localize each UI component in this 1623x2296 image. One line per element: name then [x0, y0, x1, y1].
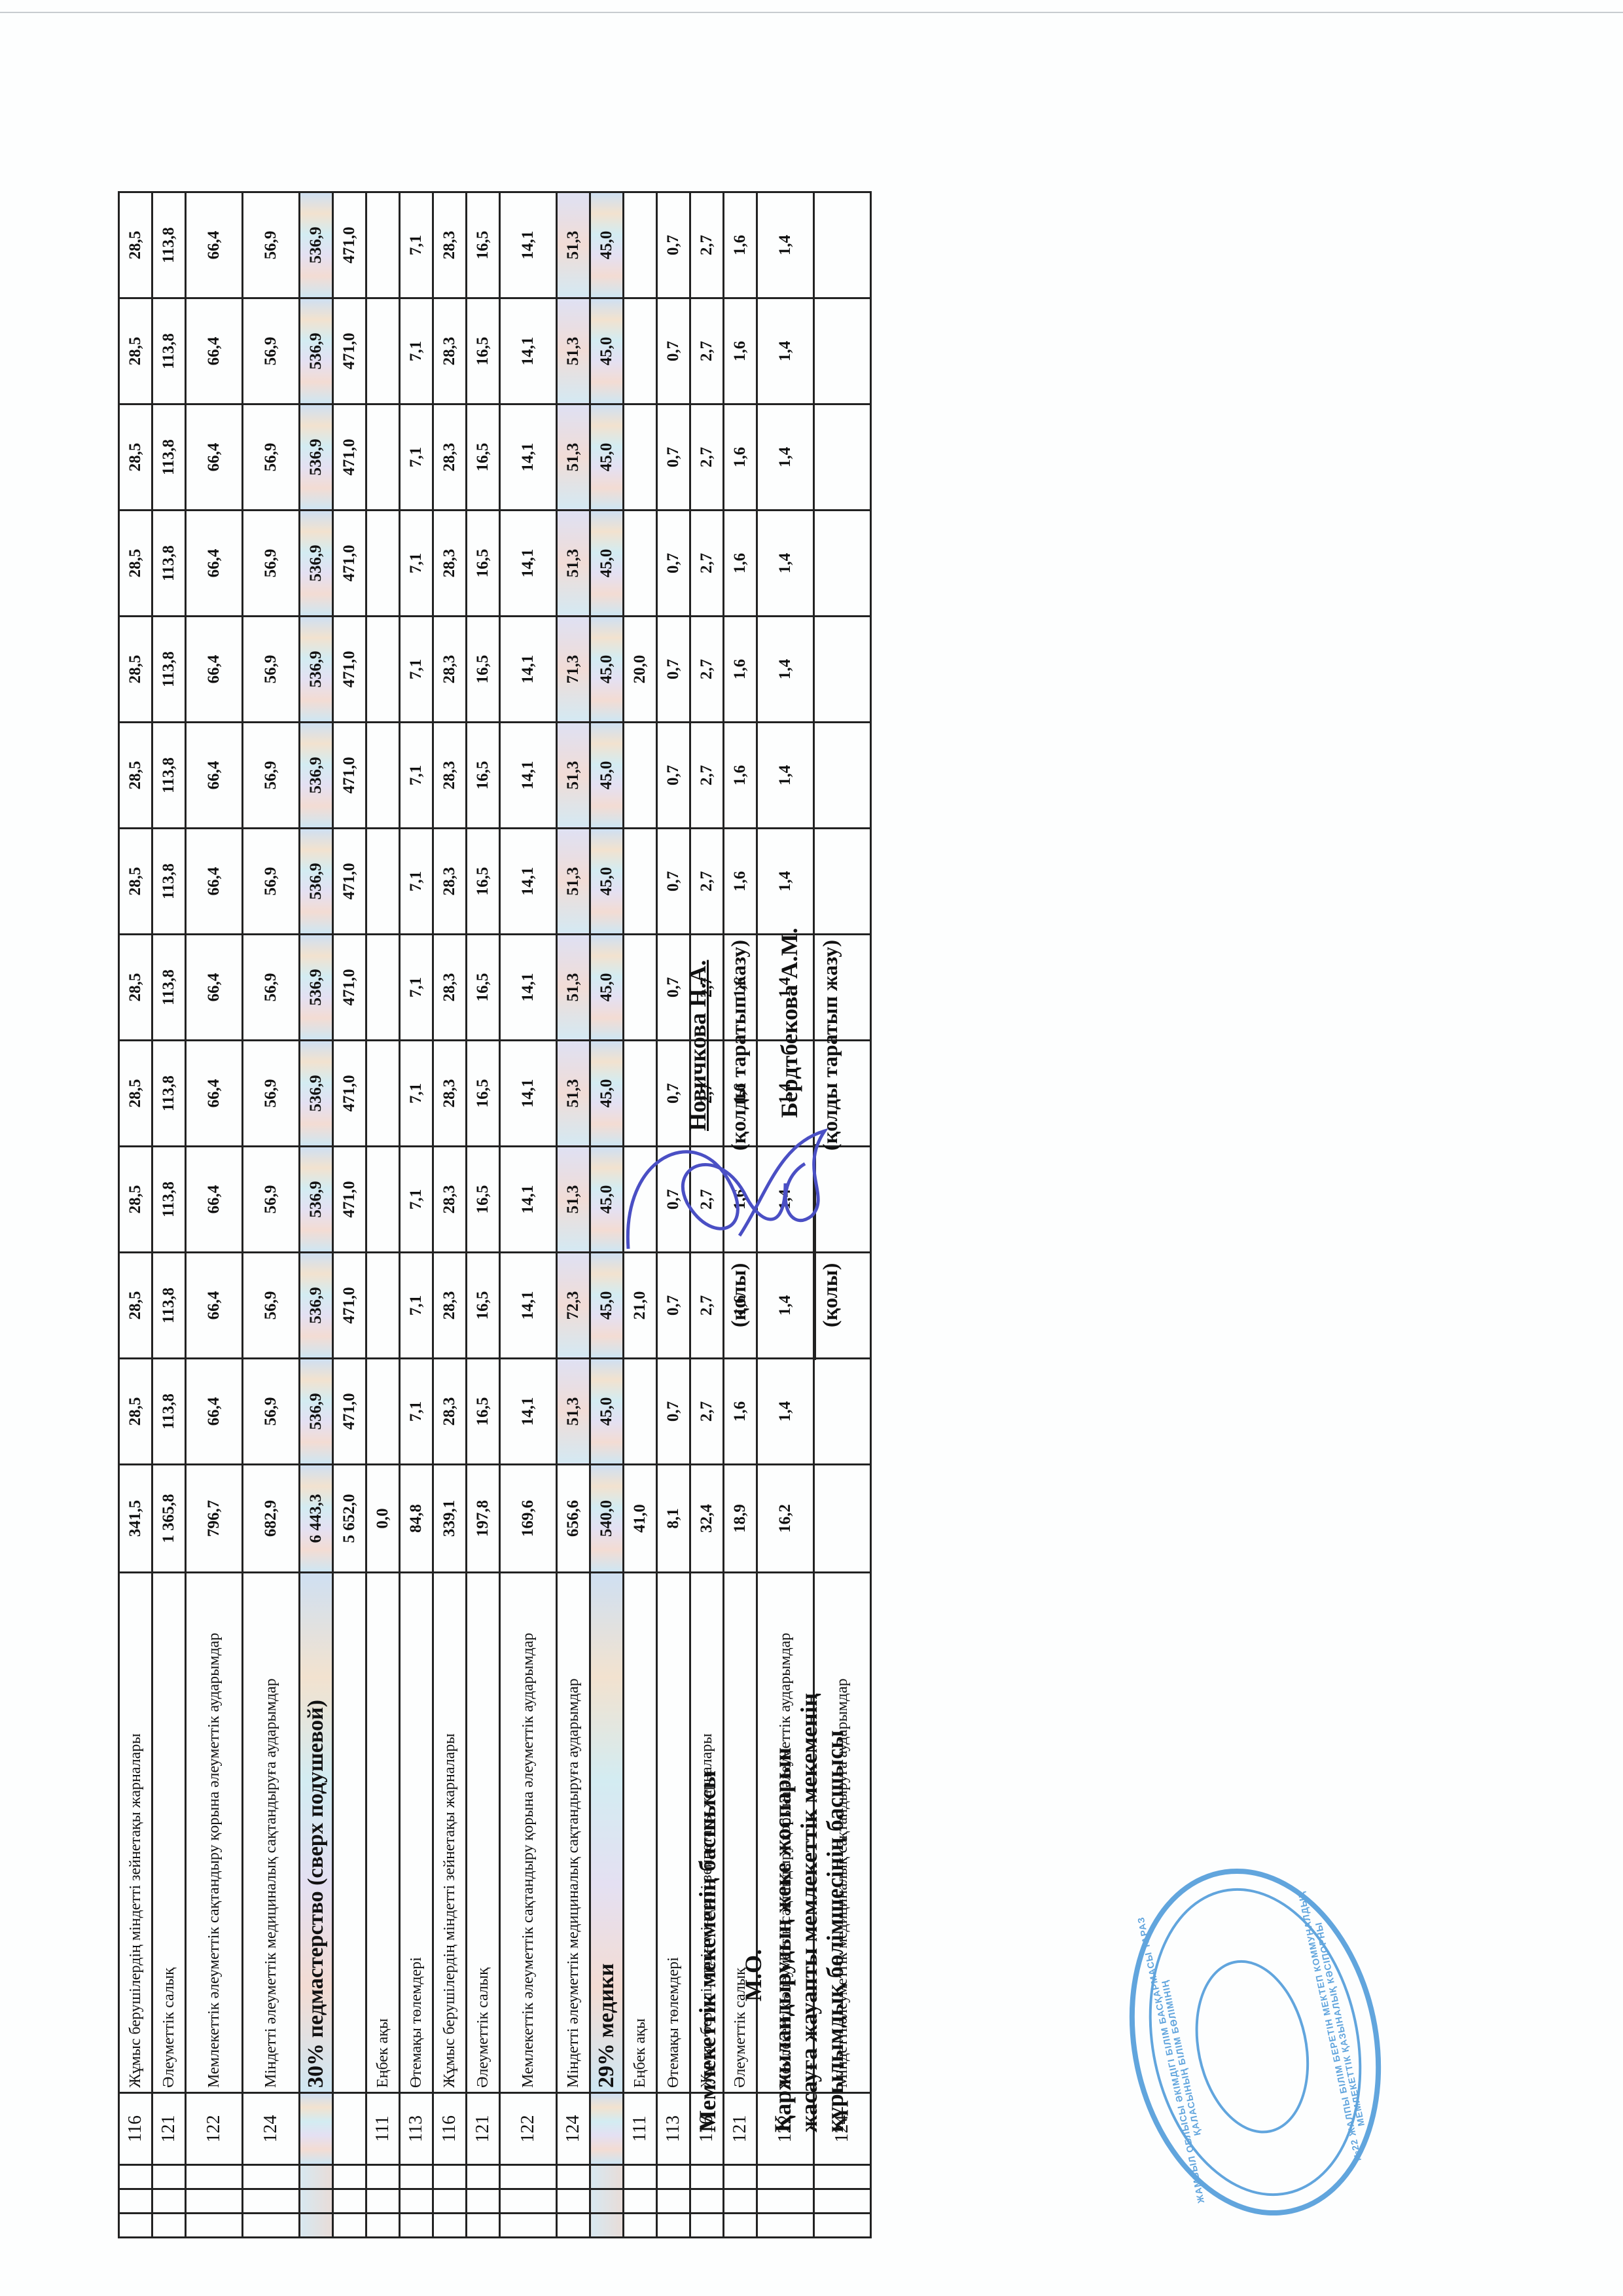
month-value-cell: 471,0	[333, 1253, 366, 1359]
annual-total-cell: 341,5	[119, 1465, 152, 1573]
stamp-emblem-icon	[1180, 1950, 1324, 2144]
budget-code-cell: 124	[557, 2093, 590, 2165]
empty-cell	[433, 2165, 467, 2189]
month-value-cell: 113,8	[152, 935, 186, 1041]
month-value-cell: 28,3	[433, 1147, 467, 1253]
empty-cell	[467, 2165, 500, 2189]
month-value-cell: 56,9	[243, 404, 300, 511]
item-name-cell: Өтемақы төлемдері	[400, 1573, 433, 2093]
month-value-cell: 1,4	[757, 404, 814, 511]
budget-code-cell	[300, 2093, 333, 2165]
month-value-cell: 14,1	[500, 1041, 557, 1147]
month-value-cell: 2,7	[690, 723, 724, 829]
month-value-cell: 536,9	[300, 1147, 333, 1253]
month-value-cell: 66,4	[186, 404, 243, 511]
month-value-cell: 7,1	[400, 935, 433, 1041]
month-value-cell: 1,6	[724, 1359, 757, 1465]
item-name-cell: Жұмыс берушілердің міндетті зейнетақы жа…	[433, 1573, 467, 2093]
month-value-cell: 0,7	[657, 298, 690, 404]
item-name-cell: Өтемақы төлемдері	[657, 1573, 690, 2093]
month-value-cell: 14,1	[500, 511, 557, 617]
budget-code-cell: 122	[186, 2093, 243, 2165]
empty-cell	[557, 2214, 590, 2238]
budget-code-cell	[333, 2093, 366, 2165]
item-name-cell: Еңбек ақы	[624, 1573, 657, 2093]
budget-code-cell: 122	[500, 2093, 557, 2165]
month-value-cell: 471,0	[333, 1041, 366, 1147]
empty-cell	[724, 2189, 757, 2214]
month-value-cell: 51,3	[557, 1359, 590, 1465]
empty-cell	[400, 2165, 433, 2189]
month-value-cell: 14,1	[500, 935, 557, 1041]
planning-title-line1: Қаржыландырудың жеке жоспарын	[769, 1748, 796, 2132]
annual-total-cell: 5 652,0	[333, 1465, 366, 1573]
item-name-cell	[333, 1573, 366, 2093]
month-value-cell: 0,7	[657, 404, 690, 511]
month-value-cell: 28,3	[433, 298, 467, 404]
month-value-cell	[814, 1359, 871, 1465]
month-value-cell: 14,1	[500, 1359, 557, 1465]
month-value-cell: 16,5	[467, 192, 500, 298]
budget-code-cell: 121	[724, 2093, 757, 2165]
month-value-cell: 7,1	[400, 617, 433, 723]
month-value-cell: 45,0	[590, 617, 624, 723]
month-value-cell: 536,9	[300, 192, 333, 298]
month-value-cell: 536,9	[300, 1041, 333, 1147]
month-value-cell: 0,7	[657, 723, 690, 829]
month-value-cell: 56,9	[243, 723, 300, 829]
table-row: 116Жұмыс берушілердің міндетті зейнетақы…	[433, 192, 467, 2238]
empty-cell	[366, 2165, 400, 2189]
rotated-sheet: 116Жұмыс берушілердің міндетті зейнетақы…	[0, 0, 1623, 2296]
month-value-cell	[814, 723, 871, 829]
item-name-cell: Еңбек ақы	[366, 1573, 400, 2093]
empty-cell	[500, 2214, 557, 2238]
planning-title-line3: құрылымдық бөлімшесінің басшысы	[821, 1731, 849, 2132]
budget-code-cell: 116	[433, 2093, 467, 2165]
table-row: 113Өтемақы төлемдері84,87,17,17,17,17,17…	[400, 192, 433, 2238]
month-value-cell	[814, 192, 871, 298]
table-row: 124Міндетті әлеуметтік медициналық сақта…	[557, 192, 590, 2238]
month-value-cell: 1,4	[757, 617, 814, 723]
month-value-cell: 51,3	[557, 192, 590, 298]
head-title: Мемлекеттік мекеменің басшысы	[694, 1770, 721, 2132]
month-value-cell	[814, 511, 871, 617]
month-value-cell: 28,5	[119, 1253, 152, 1359]
month-value-cell	[366, 617, 400, 723]
month-value-cell: 66,4	[186, 723, 243, 829]
month-value-cell	[814, 829, 871, 935]
empty-cell	[433, 2214, 467, 2238]
month-value-cell: 16,5	[467, 1359, 500, 1465]
item-name-cell: 30% педмастерство (сверх подушевой)	[300, 1573, 333, 2093]
month-value-cell: 1,6	[724, 298, 757, 404]
table-row: 121Әлеуметтік салық197,816,516,516,516,5…	[467, 192, 500, 2238]
month-value-cell: 14,1	[500, 298, 557, 404]
annual-total-cell: 656,6	[557, 1465, 590, 1573]
month-value-cell	[366, 1041, 400, 1147]
month-value-cell: 16,5	[467, 1253, 500, 1359]
month-value-cell: 45,0	[590, 829, 624, 935]
month-value-cell: 1,4	[757, 723, 814, 829]
budget-code-cell: 113	[657, 2093, 690, 2165]
month-value-cell: 113,8	[152, 511, 186, 617]
month-value-cell: 7,1	[400, 192, 433, 298]
empty-cell	[757, 2189, 814, 2214]
empty-cell	[557, 2189, 590, 2214]
month-value-cell: 1,6	[724, 404, 757, 511]
month-value-cell: 7,1	[400, 723, 433, 829]
budget-code-cell: 111	[624, 2093, 657, 2165]
month-value-cell: 66,4	[186, 829, 243, 935]
empty-cell	[333, 2189, 366, 2214]
month-value-cell	[366, 298, 400, 404]
month-value-cell: 16,5	[467, 511, 500, 617]
month-value-cell: 536,9	[300, 298, 333, 404]
month-value-cell: 0,7	[657, 1359, 690, 1465]
empty-cell	[624, 2189, 657, 2214]
month-value-cell: 2,7	[690, 617, 724, 723]
empty-cell	[400, 2189, 433, 2214]
empty-cell	[300, 2165, 333, 2189]
month-value-cell: 56,9	[243, 1147, 300, 1253]
month-value-cell: 66,4	[186, 935, 243, 1041]
month-value-cell: 28,5	[119, 1359, 152, 1465]
month-value-cell	[624, 404, 657, 511]
month-value-cell: 471,0	[333, 723, 366, 829]
month-value-cell: 71,3	[557, 617, 590, 723]
month-value-cell: 14,1	[500, 192, 557, 298]
month-value-cell	[814, 617, 871, 723]
empty-cell	[366, 2189, 400, 2214]
month-value-cell: 536,9	[300, 617, 333, 723]
month-value-cell	[814, 404, 871, 511]
empty-cell	[300, 2214, 333, 2238]
empty-cell	[243, 2189, 300, 2214]
month-value-cell: 7,1	[400, 1359, 433, 1465]
empty-cell	[757, 2165, 814, 2189]
month-value-cell: 28,3	[433, 1253, 467, 1359]
month-value-cell: 1,4	[757, 829, 814, 935]
month-value-cell: 28,5	[119, 404, 152, 511]
item-name-cell: Әлеуметтік салық	[467, 1573, 500, 2093]
month-value-cell: 66,4	[186, 192, 243, 298]
month-value-cell: 7,1	[400, 511, 433, 617]
budget-code-cell: 121	[152, 2093, 186, 2165]
empty-cell	[657, 2165, 690, 2189]
month-value-cell: 51,3	[557, 723, 590, 829]
month-value-cell: 28,5	[119, 1041, 152, 1147]
empty-cell	[500, 2165, 557, 2189]
month-value-cell: 16,5	[467, 829, 500, 935]
annual-total-cell: 682,9	[243, 1465, 300, 1573]
month-value-cell: 113,8	[152, 192, 186, 298]
month-value-cell: 56,9	[243, 192, 300, 298]
month-value-cell: 66,4	[186, 511, 243, 617]
month-value-cell: 16,5	[467, 1147, 500, 1253]
month-value-cell: 536,9	[300, 723, 333, 829]
month-value-cell: 113,8	[152, 829, 186, 935]
section-row: 30% педмастерство (сверх подушевой)6 443…	[300, 192, 333, 2238]
month-value-cell: 28,3	[433, 829, 467, 935]
month-value-cell: 66,4	[186, 298, 243, 404]
month-value-cell: 28,3	[433, 1041, 467, 1147]
empty-cell	[243, 2214, 300, 2238]
table-row: 121Әлеуметтік салық1 365,8113,8113,8113,…	[152, 192, 186, 2238]
empty-cell	[657, 2189, 690, 2214]
month-value-cell: 7,1	[400, 1041, 433, 1147]
empty-cell	[333, 2214, 366, 2238]
month-value-cell: 66,4	[186, 1253, 243, 1359]
empty-cell	[119, 2214, 152, 2238]
table-row: 122Мемлекеттік әлеуметтік сақтандыру қор…	[186, 192, 243, 2238]
month-value-cell: 14,1	[500, 404, 557, 511]
empty-cell	[724, 2214, 757, 2238]
month-value-cell: 28,5	[119, 1147, 152, 1253]
month-value-cell: 72,3	[557, 1253, 590, 1359]
item-name-cell: Міндетті әлеуметтік медициналық сақтанды…	[557, 1573, 590, 2093]
official-stamp: ЖАМБЫЛ ОБЛЫСЫ ӘКІМДІГІ БІЛІМ БАСҚАРМАСЫ …	[1098, 1845, 1412, 2239]
month-value-cell: 113,8	[152, 298, 186, 404]
month-value-cell: 28,5	[119, 298, 152, 404]
budget-code-cell: 111	[366, 2093, 400, 2165]
month-value-cell: 0,7	[657, 511, 690, 617]
month-value-cell: 536,9	[300, 511, 333, 617]
month-value-cell: 1,6	[724, 829, 757, 935]
month-value-cell: 51,3	[557, 1041, 590, 1147]
month-value-cell: 113,8	[152, 723, 186, 829]
month-value-cell: 66,4	[186, 1359, 243, 1465]
empty-cell	[467, 2214, 500, 2238]
month-value-cell: 45,0	[590, 723, 624, 829]
month-value-cell: 28,3	[433, 617, 467, 723]
month-value-cell: 28,5	[119, 192, 152, 298]
empty-cell	[757, 2214, 814, 2238]
table-row: 116Жұмыс берушілердің міндетті зейнетақы…	[119, 192, 152, 2238]
handwritten-signature-icon	[615, 1105, 851, 1275]
month-value-cell: 2,7	[690, 404, 724, 511]
month-value-cell: 56,9	[243, 829, 300, 935]
month-value-cell: 7,1	[400, 829, 433, 935]
annual-total-cell: 540,0	[590, 1465, 624, 1573]
month-value-cell: 0,7	[657, 617, 690, 723]
month-value-cell: 1,4	[757, 192, 814, 298]
month-value-cell: 2,7	[690, 1359, 724, 1465]
annual-total-cell: 339,1	[433, 1465, 467, 1573]
month-value-cell: 20,0	[624, 617, 657, 723]
month-value-cell: 16,5	[467, 723, 500, 829]
month-value-cell: 66,4	[186, 1041, 243, 1147]
table-row: 122Мемлекеттік әлеуметтік сақтандыру қор…	[500, 192, 557, 2238]
empty-cell	[119, 2189, 152, 2214]
month-value-cell: 471,0	[333, 935, 366, 1041]
annual-total-cell	[814, 1465, 871, 1573]
annual-total-cell: 41,0	[624, 1465, 657, 1573]
month-value-cell	[366, 192, 400, 298]
month-value-cell: 28,3	[433, 723, 467, 829]
month-value-cell: 7,1	[400, 298, 433, 404]
budget-code-cell: 121	[467, 2093, 500, 2165]
table-row: 111Еңбек ақы0,0	[366, 192, 400, 2238]
month-value-cell: 471,0	[333, 192, 366, 298]
month-value-cell: 56,9	[243, 298, 300, 404]
month-value-cell: 28,3	[433, 511, 467, 617]
month-value-cell: 51,3	[557, 1147, 590, 1253]
empty-cell	[152, 2165, 186, 2189]
month-value-cell: 51,3	[557, 511, 590, 617]
month-value-cell: 51,3	[557, 298, 590, 404]
month-value-cell: 14,1	[500, 829, 557, 935]
month-value-cell: 28,5	[119, 935, 152, 1041]
annual-total-cell: 1 365,8	[152, 1465, 186, 1573]
stamp-place-label: М.О.	[740, 1949, 767, 2001]
empty-cell	[814, 2214, 871, 2238]
item-name-cell: Мемлекеттік әлеуметтік сақтандыру қорына…	[186, 1573, 243, 2093]
month-value-cell: 16,5	[467, 935, 500, 1041]
month-value-cell: 1,6	[724, 617, 757, 723]
month-value-cell: 471,0	[333, 617, 366, 723]
month-value-cell: 471,0	[333, 829, 366, 935]
month-value-cell	[366, 935, 400, 1041]
empty-cell	[690, 2214, 724, 2238]
empty-cell	[186, 2165, 243, 2189]
month-value-cell: 16,5	[467, 1041, 500, 1147]
annual-total-cell: 84,8	[400, 1465, 433, 1573]
month-value-cell: 28,5	[119, 829, 152, 935]
month-value-cell: 113,8	[152, 617, 186, 723]
budget-code-cell: 116	[119, 2093, 152, 2165]
empty-cell	[243, 2165, 300, 2189]
month-value-cell	[366, 1253, 400, 1359]
month-value-cell: 1,4	[757, 1359, 814, 1465]
empty-cell	[186, 2189, 243, 2214]
planning-title-line2: жасауға жауапты мемлекеттік мекеменің	[795, 1693, 823, 2132]
month-value-cell: 51,3	[557, 829, 590, 935]
month-value-cell: 14,1	[500, 617, 557, 723]
month-value-cell: 471,0	[333, 298, 366, 404]
budget-code-cell: 124	[243, 2093, 300, 2165]
month-value-cell: 16,5	[467, 617, 500, 723]
month-value-cell: 66,4	[186, 1147, 243, 1253]
annual-total-cell: 169,6	[500, 1465, 557, 1573]
month-value-cell: 0,7	[657, 829, 690, 935]
month-value-cell: 45,0	[590, 404, 624, 511]
annual-total-cell: 8,1	[657, 1465, 690, 1573]
signatory-name-2: Бердтбекова А.М.	[776, 927, 803, 1118]
month-value-cell: 113,8	[152, 1253, 186, 1359]
empty-cell	[300, 2189, 333, 2214]
item-name-cell: Әлеуметтік салық	[152, 1573, 186, 2093]
month-value-cell: 56,9	[243, 1359, 300, 1465]
month-value-cell: 28,5	[119, 511, 152, 617]
month-value-cell	[366, 723, 400, 829]
month-value-cell: 2,7	[690, 192, 724, 298]
annual-total-cell: 6 443,3	[300, 1465, 333, 1573]
month-value-cell: 1,4	[757, 511, 814, 617]
empty-cell	[152, 2189, 186, 2214]
annual-total-cell: 197,8	[467, 1465, 500, 1573]
month-value-cell: 66,4	[186, 617, 243, 723]
month-value-cell: 45,0	[590, 1359, 624, 1465]
month-value-cell	[366, 1359, 400, 1465]
month-value-cell: 536,9	[300, 1359, 333, 1465]
empty-cell	[724, 2165, 757, 2189]
month-value-cell: 56,9	[243, 617, 300, 723]
month-value-cell: 471,0	[333, 1359, 366, 1465]
empty-cell	[657, 2214, 690, 2238]
empty-cell	[366, 2214, 400, 2238]
month-value-cell: 45,0	[590, 511, 624, 617]
item-name-cell: Мемлекеттік әлеуметтік сақтандыру қорына…	[500, 1573, 557, 2093]
month-value-cell: 7,1	[400, 1147, 433, 1253]
empty-cell	[690, 2189, 724, 2214]
item-name-cell: Әлеуметтік салық	[724, 1573, 757, 2093]
month-value-cell	[624, 935, 657, 1041]
table-row: 124Міндетті әлеуметтік медициналық сақта…	[243, 192, 300, 2238]
month-value-cell: 471,0	[333, 1147, 366, 1253]
month-value-cell: 45,0	[590, 192, 624, 298]
month-value-cell: 16,5	[467, 298, 500, 404]
month-value-cell	[624, 511, 657, 617]
month-value-cell: 56,9	[243, 511, 300, 617]
empty-cell	[333, 2165, 366, 2189]
month-value-cell: 45,0	[590, 298, 624, 404]
month-value-cell: 28,3	[433, 935, 467, 1041]
annual-total-cell: 796,7	[186, 1465, 243, 1573]
month-value-cell: 28,3	[433, 404, 467, 511]
month-value-cell: 7,1	[400, 1253, 433, 1359]
annual-total-cell: 16,2	[757, 1465, 814, 1573]
month-value-cell: 45,0	[590, 935, 624, 1041]
annual-total-cell: 32,4	[690, 1465, 724, 1573]
month-value-cell: 1,6	[724, 511, 757, 617]
empty-cell	[400, 2214, 433, 2238]
month-value-cell	[366, 829, 400, 935]
empty-cell	[624, 2214, 657, 2238]
month-value-cell: 471,0	[333, 404, 366, 511]
month-value-cell: 28,5	[119, 617, 152, 723]
month-value-cell	[366, 404, 400, 511]
empty-cell	[624, 2165, 657, 2189]
annual-total-cell: 0,0	[366, 1465, 400, 1573]
month-value-cell: 113,8	[152, 404, 186, 511]
empty-cell	[433, 2189, 467, 2214]
month-value-cell: 28,3	[433, 192, 467, 298]
month-value-cell: 2,7	[690, 511, 724, 617]
month-value-cell: 16,5	[467, 404, 500, 511]
month-value-cell	[624, 723, 657, 829]
month-value-cell	[624, 1359, 657, 1465]
empty-cell	[590, 2214, 624, 2238]
month-value-cell: 2,7	[690, 298, 724, 404]
empty-cell	[590, 2189, 624, 2214]
month-value-cell: 536,9	[300, 404, 333, 511]
empty-cell	[814, 2165, 871, 2189]
item-name-cell: Жұмыс берушілердің міндетті зейнетақы жа…	[119, 1573, 152, 2093]
month-value-cell: 14,1	[500, 723, 557, 829]
month-value-cell: 0,7	[657, 192, 690, 298]
empty-cell	[814, 2189, 871, 2214]
month-value-cell: 28,5	[119, 723, 152, 829]
empty-cell	[119, 2165, 152, 2189]
month-value-cell: 536,9	[300, 829, 333, 935]
table-row: 5 652,0471,0471,0471,0471,0471,0471,0471…	[333, 192, 366, 2238]
month-value-cell: 536,9	[300, 1253, 333, 1359]
month-value-cell: 113,8	[152, 1359, 186, 1465]
month-value-cell	[366, 1147, 400, 1253]
month-value-cell: 28,3	[433, 1359, 467, 1465]
empty-cell	[467, 2189, 500, 2214]
